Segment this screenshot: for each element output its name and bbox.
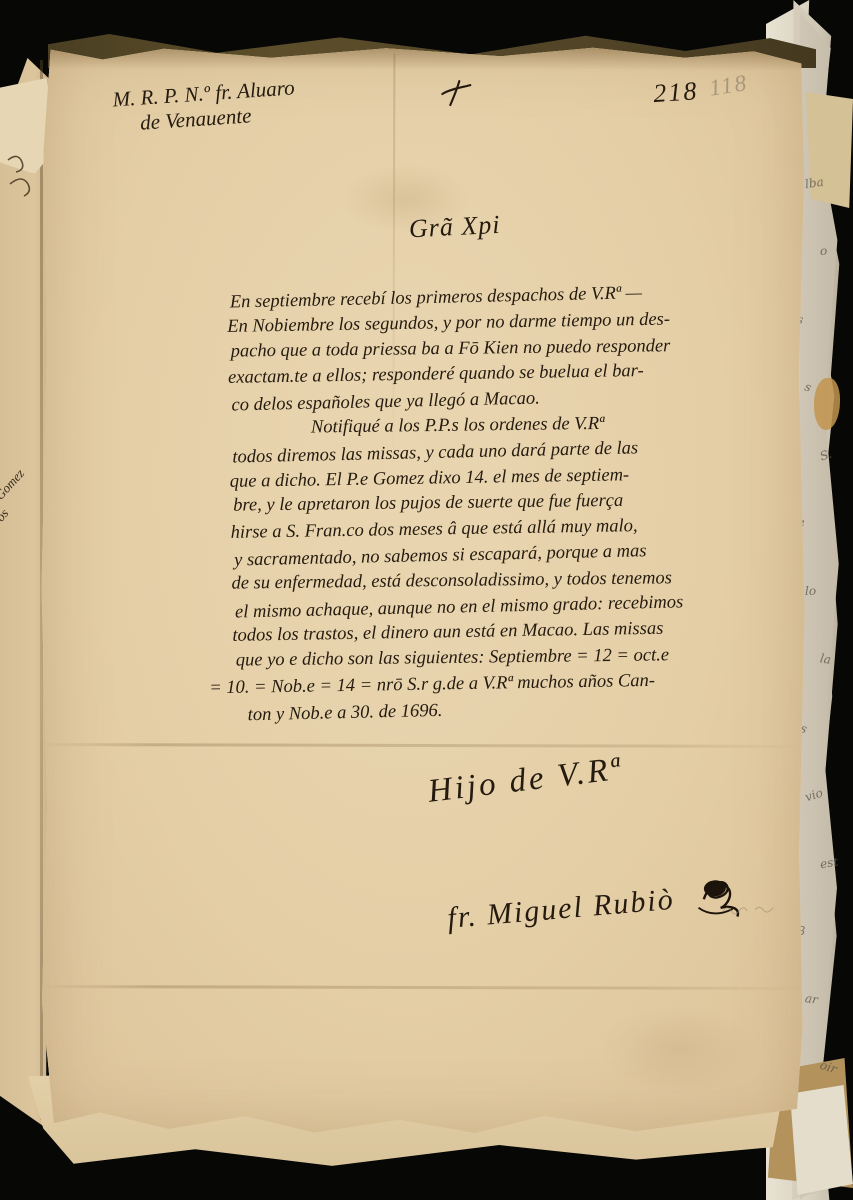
right-edge-stain (814, 378, 840, 430)
signature-name: fr. Miguel Rubiò (446, 883, 676, 935)
letter-page: M. R. P. N.º fr. Aluaro de Venauente 218… (39, 43, 808, 1135)
pencil-marks (721, 903, 775, 917)
salutation: Grã Xpi (408, 210, 501, 245)
signature: fr. Miguel Rubiò (445, 870, 746, 947)
paper-stain (599, 1004, 759, 1094)
edge-fragment: o (820, 244, 827, 258)
edge-fragment: ar (804, 991, 819, 1007)
horizontal-fold-line (40, 743, 806, 748)
edge-fragment: est (819, 855, 839, 872)
manuscript-photo: OlbaoessS.delolalesvioest18aroir de Gome… (0, 0, 853, 1200)
cross-icon (439, 78, 473, 108)
signature-rubric-flourish (684, 870, 746, 927)
horizontal-fold-line (39, 985, 805, 990)
edge-fragment: lo (805, 584, 816, 598)
folio-number-pencil: 118 (708, 70, 750, 102)
addressee-note: M. R. P. N.º fr. Aluaro de Venauente (112, 75, 297, 137)
edge-fragment: lba (804, 175, 825, 192)
right-edge-torn-piece (806, 92, 853, 208)
right-edge-torn-piece (790, 1085, 853, 1195)
valediction: Hijo de V.Rª (426, 751, 625, 811)
folio-number-ink: 218 (652, 76, 699, 109)
left-edge-scribble (2, 150, 42, 210)
letter-body: En septiembre recebí los primeros despac… (227, 280, 794, 728)
edge-fragment: la (819, 651, 832, 667)
